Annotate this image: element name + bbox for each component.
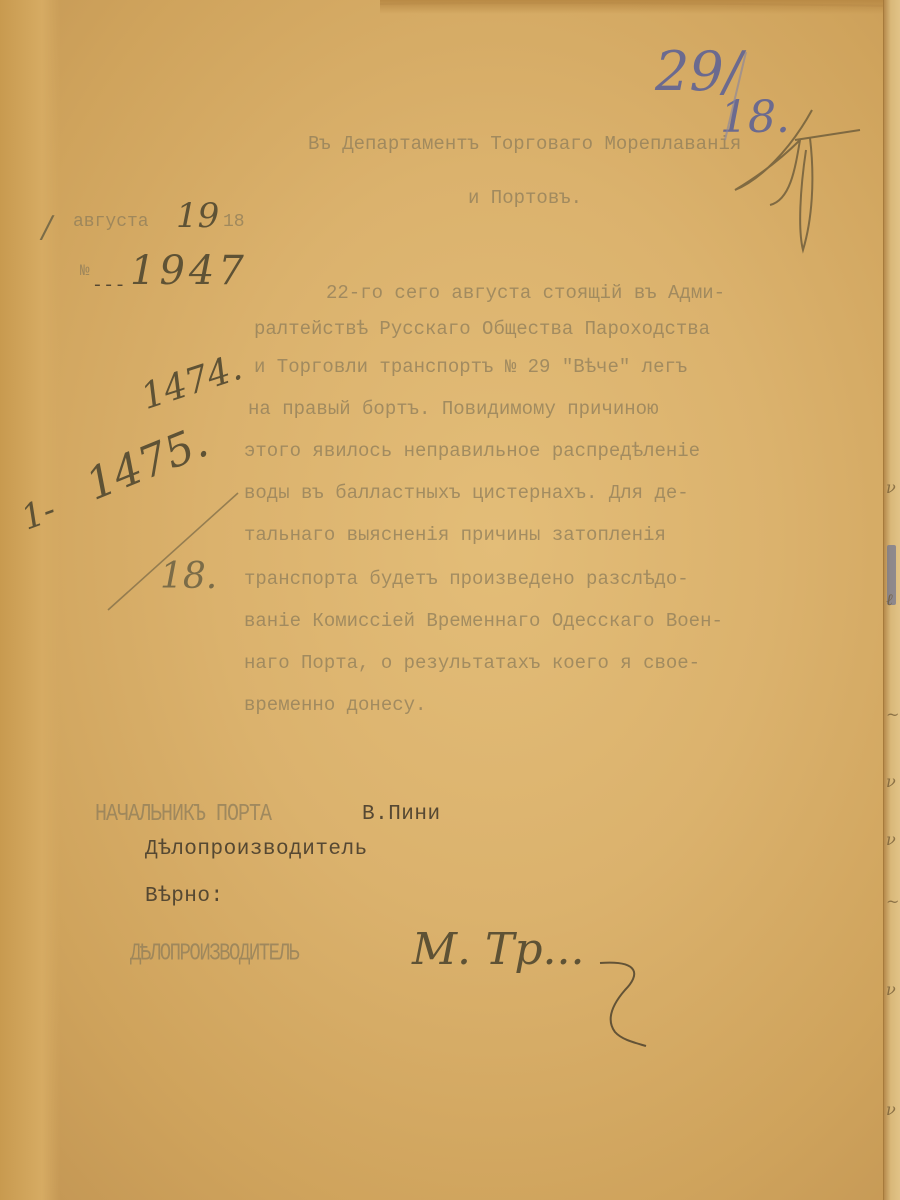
body-line: воды въ балластныхъ цистернахъ. Для де- (244, 482, 689, 504)
date-month: августа (73, 212, 149, 232)
margin-number-1475: 1475. (79, 416, 215, 510)
adjacent-sheet-handwriting: ν (886, 478, 896, 497)
body-line: временно донесу. (244, 694, 426, 716)
document-page: Въ Департаментъ Торговаго Мореплаванія и… (0, 0, 900, 1200)
adjacent-sheet-handwriting: ℓ (886, 590, 893, 610)
left-edge-tick: / (42, 210, 52, 245)
page-fold-shadow (0, 0, 60, 1200)
certified-label: Вѣрно: (145, 885, 224, 908)
adjacent-sheet-handwriting: ν (886, 980, 896, 999)
ink-strokes (0, 0, 900, 1200)
body-line: на правый бортъ. Повидимому причиною (248, 398, 658, 420)
body-line: 22-го сего августа стоящій въ Адми- (326, 282, 725, 304)
clerk-title-stamp: ДѢЛОПРОИЗВОДИТЕЛЬ (130, 939, 298, 967)
addressee-line-2: и Портовъ. (468, 187, 582, 209)
body-line: наго Порта, о результатахъ коего я свое- (244, 652, 700, 674)
margin-number-18: 18. (160, 556, 217, 597)
adjacent-sheet-handwriting: ν (886, 1100, 896, 1119)
outgoing-number-handwritten: 1947 (130, 248, 248, 294)
adjacent-sheet-handwriting: ~ (886, 892, 899, 911)
clerk-title: Дѣлопроизводитель (145, 838, 368, 861)
addressee-line-1: Въ Департаментъ Торговаго Мореплаванія (308, 133, 741, 155)
port-chief-name: В.Пини (362, 803, 441, 826)
margin-number-1474: 1474. (136, 347, 247, 418)
top-edge-shadow (380, 0, 900, 14)
body-line: ваніе Комиссіей Временнаго Одесскаго Вое… (244, 610, 723, 632)
adjacent-sheet-handwriting: ν (886, 830, 896, 849)
date-day-handwritten: 19 (176, 196, 219, 236)
body-line: транспорта будетъ произведено разслѣдо- (244, 568, 689, 590)
adjacent-sheet-handwriting: ~ (886, 705, 899, 724)
body-line: и Торговли транспортъ № 29 "Вѣче" легъ (254, 356, 687, 378)
registry-date-blue: 18. (720, 92, 790, 143)
number-label: № (80, 262, 90, 280)
body-line: ралтействѣ Русскаго Общества Пароходства (254, 318, 710, 340)
port-chief-title: НАЧАЛЬНИКЪ ПОРТА (95, 801, 271, 829)
clerk-signature: М. Тр... (412, 924, 585, 975)
body-line: тальнаго выясненія причины затопленія (244, 524, 666, 546)
adjacent-sheet-handwriting: ν (886, 772, 896, 791)
date-year: 18 (223, 212, 245, 232)
number-dashes: --- (92, 276, 126, 296)
body-line: этого явилось неправильное распредѣленіе (244, 440, 700, 462)
